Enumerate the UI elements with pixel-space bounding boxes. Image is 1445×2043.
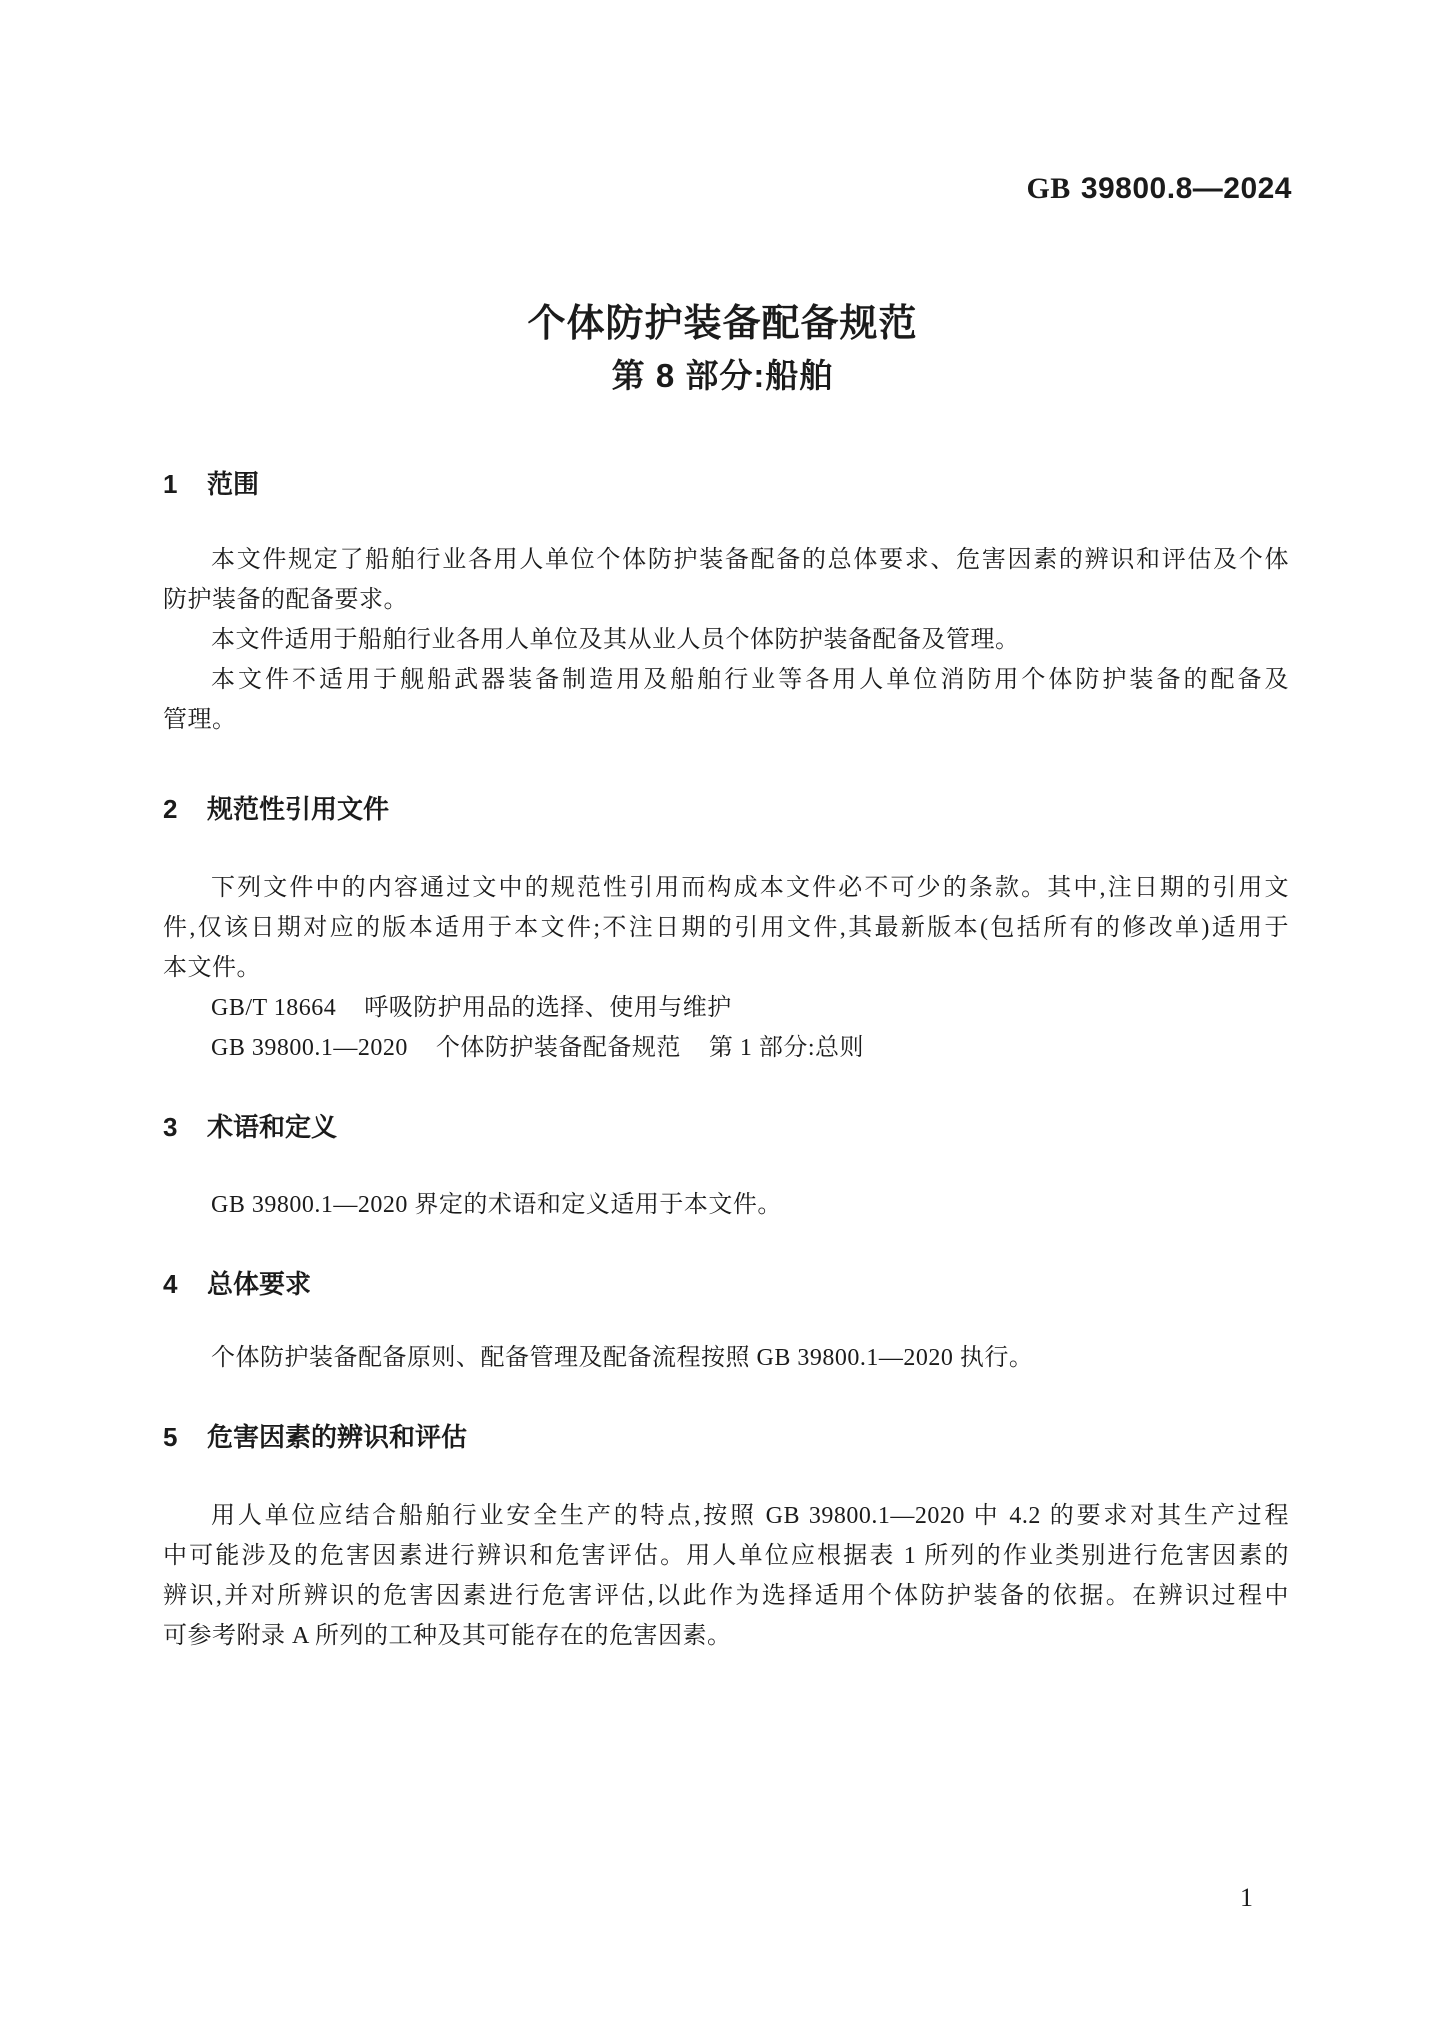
section-3-paragraph-1: GB 39800.1—2020 界定的术语和定义适用于本文件。 bbox=[163, 1185, 1289, 1225]
paragraph-line: 辨识,并对所辨识的危害因素进行危害评估,以此作为选择适用个体防护装备的依据。在辨… bbox=[163, 1576, 1289, 1616]
section-5-heading-label: 危害因素的辨识和评估 bbox=[207, 1422, 467, 1452]
section-3-heading-label: 术语和定义 bbox=[207, 1112, 337, 1142]
paragraph-line: 可参考附录 A 所列的工种及其可能存在的危害因素。 bbox=[163, 1616, 1289, 1656]
paragraph-line: 件,仅该日期对应的版本适用于本文件;不注日期的引用文件,其最新版本(包括所有的修… bbox=[163, 908, 1289, 948]
paragraph-line: 本文件适用于船舶行业各用人单位及其从业人员个体防护装备配备及管理。 bbox=[163, 620, 1289, 660]
paragraph-line: 本文件规定了船舶行业各用人单位个体防护装备配备的总体要求、危害因素的辨识和评估及… bbox=[163, 540, 1289, 580]
text-column: 1范围 本文件规定了船舶行业各用人单位个体防护装备配备的总体要求、危害因素的辨识… bbox=[163, 0, 1289, 2043]
section-1-heading-label: 范围 bbox=[207, 469, 259, 499]
paragraph-line: 本文件不适用于舰船武器装备制造用及船舶行业等各用人单位消防用个体防护装备的配备及 bbox=[163, 660, 1289, 700]
reference-part: 第 1 部分:总则 bbox=[709, 1035, 864, 1061]
paragraph-line: 个体防护装备配备原则、配备管理及配备流程按照 GB 39800.1—2020 执… bbox=[163, 1338, 1289, 1378]
section-5-number: 5 bbox=[163, 1421, 207, 1453]
paragraph-line: 中可能涉及的危害因素进行辨识和危害评估。用人单位应根据表 1 所列的作业类别进行… bbox=[163, 1536, 1289, 1576]
page-number: 1 bbox=[1240, 1880, 1253, 1916]
section-1-heading: 1范围 bbox=[163, 468, 1289, 500]
section-1-number: 1 bbox=[163, 468, 207, 500]
section-1-paragraph-3: 本文件不适用于舰船武器装备制造用及船舶行业等各用人单位消防用个体防护装备的配备及… bbox=[163, 660, 1289, 740]
reference-title: 呼吸防护用品的选择、使用与维护 bbox=[364, 995, 732, 1021]
section-4-heading: 4总体要求 bbox=[163, 1268, 1289, 1300]
paragraph-line: GB 39800.1—2020 界定的术语和定义适用于本文件。 bbox=[163, 1185, 1289, 1225]
paragraph-line: 防护装备的配备要求。 bbox=[163, 580, 1289, 620]
paragraph-line: 本文件。 bbox=[163, 948, 1289, 988]
section-4-number: 4 bbox=[163, 1268, 207, 1300]
section-2-paragraph-1: 下列文件中的内容通过文中的规范性引用而构成本文件必不可少的条款。其中,注日期的引… bbox=[163, 868, 1289, 988]
section-1-paragraph-1: 本文件规定了船舶行业各用人单位个体防护装备配备的总体要求、危害因素的辨识和评估及… bbox=[163, 540, 1289, 620]
section-2-heading-label: 规范性引用文件 bbox=[207, 794, 389, 824]
paragraph-line: 管理。 bbox=[163, 700, 1289, 740]
reference-title: 个体防护装备配备规范 bbox=[436, 1035, 681, 1061]
section-4-paragraph-1: 个体防护装备配备原则、配备管理及配备流程按照 GB 39800.1—2020 执… bbox=[163, 1338, 1289, 1378]
reference-code: GB/T 18664 bbox=[211, 995, 336, 1021]
standard-document-page: GB39800.8—2024 个体防护装备配备规范 第 8 部分:船舶 1范围 … bbox=[0, 0, 1445, 2043]
section-5-paragraph-1: 用人单位应结合船舶行业安全生产的特点,按照 GB 39800.1—2020 中 … bbox=[163, 1496, 1289, 1656]
section-2-number: 2 bbox=[163, 793, 207, 825]
section-5-heading: 5危害因素的辨识和评估 bbox=[163, 1421, 1289, 1453]
paragraph-line: 下列文件中的内容通过文中的规范性引用而构成本文件必不可少的条款。其中,注日期的引… bbox=[163, 868, 1289, 908]
section-2-heading: 2规范性引用文件 bbox=[163, 793, 1289, 825]
section-3-number: 3 bbox=[163, 1111, 207, 1143]
section-1-paragraph-2: 本文件适用于船舶行业各用人单位及其从业人员个体防护装备配备及管理。 bbox=[163, 620, 1289, 660]
reference-code: GB 39800.1—2020 bbox=[211, 1035, 408, 1061]
reference-entry-2: GB 39800.1—2020个体防护装备配备规范第 1 部分:总则 bbox=[163, 1028, 1289, 1068]
paragraph-line: 用人单位应结合船舶行业安全生产的特点,按照 GB 39800.1—2020 中 … bbox=[163, 1496, 1289, 1536]
reference-entry-1: GB/T 18664呼吸防护用品的选择、使用与维护 bbox=[163, 988, 1289, 1028]
section-4-heading-label: 总体要求 bbox=[207, 1269, 311, 1299]
section-3-heading: 3术语和定义 bbox=[163, 1111, 1289, 1143]
